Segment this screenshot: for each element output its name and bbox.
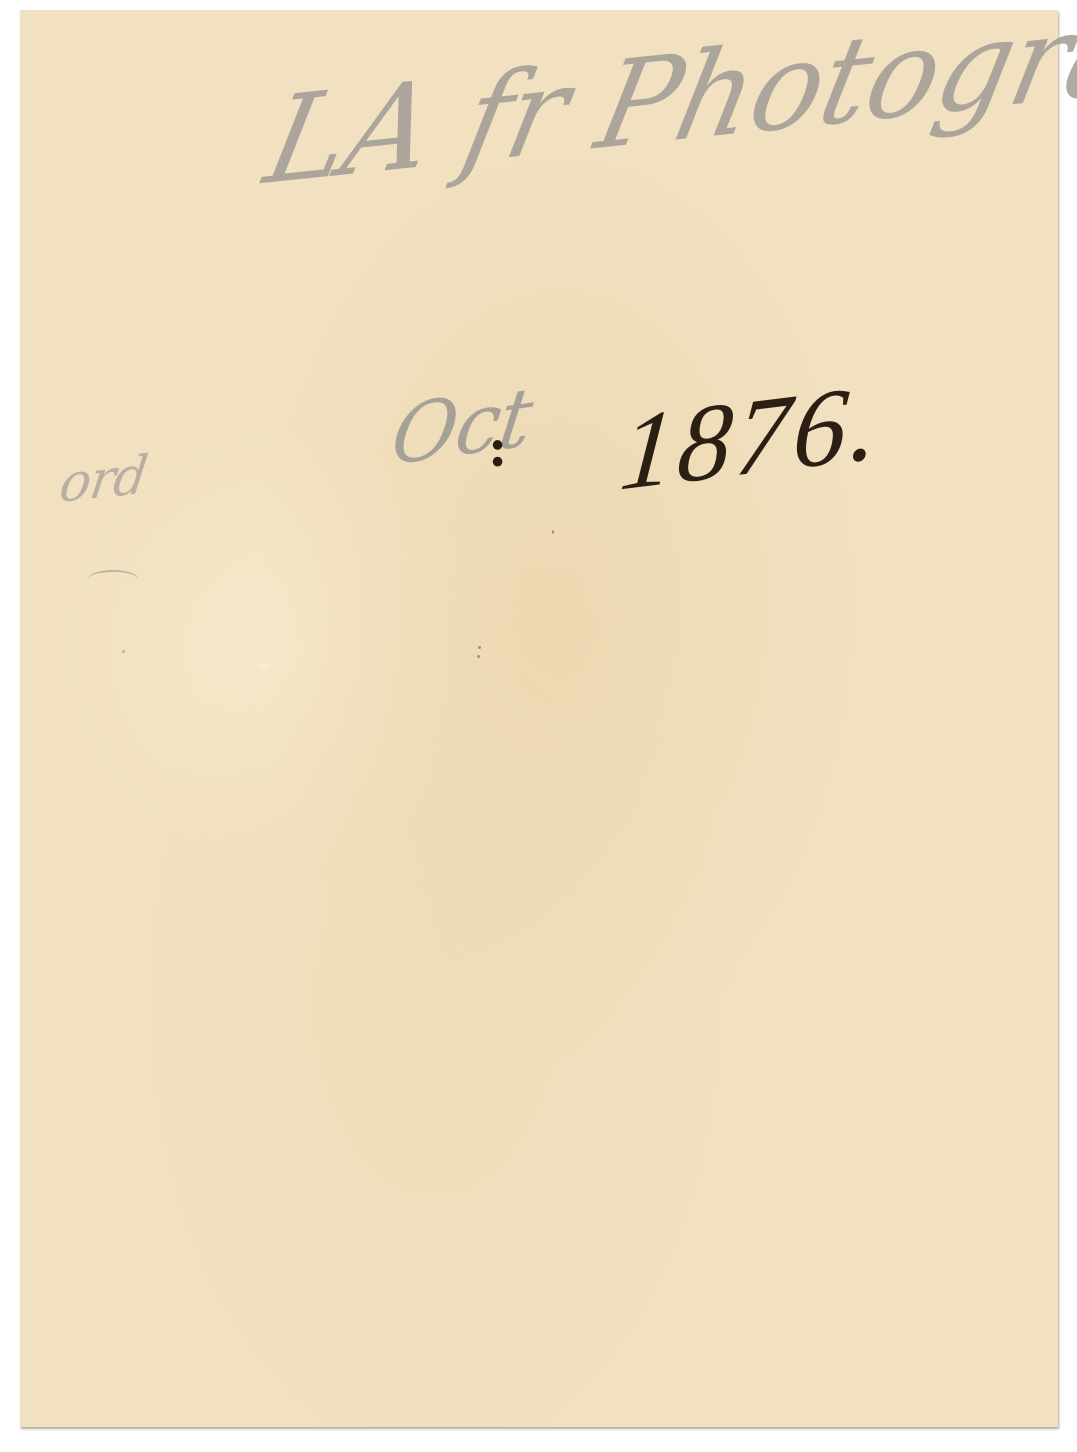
paper-speck <box>478 646 481 649</box>
paper-speck <box>122 650 125 653</box>
pencil-inscription-title: LA fr Photograph <box>255 0 1077 212</box>
pencil-margin-stroke <box>88 570 138 588</box>
ink-date-separator: : <box>488 418 507 479</box>
paper-speck <box>260 662 269 669</box>
pencil-margin-note: ord <box>56 445 151 515</box>
paper-speck <box>477 655 480 658</box>
ink-date-year: 1876. <box>615 359 887 517</box>
paper-speck <box>552 530 554 534</box>
card-paper: LA fr Photograph Oct : 1876. ord <box>20 10 1058 1427</box>
pencil-date-month: Oct <box>386 369 538 484</box>
